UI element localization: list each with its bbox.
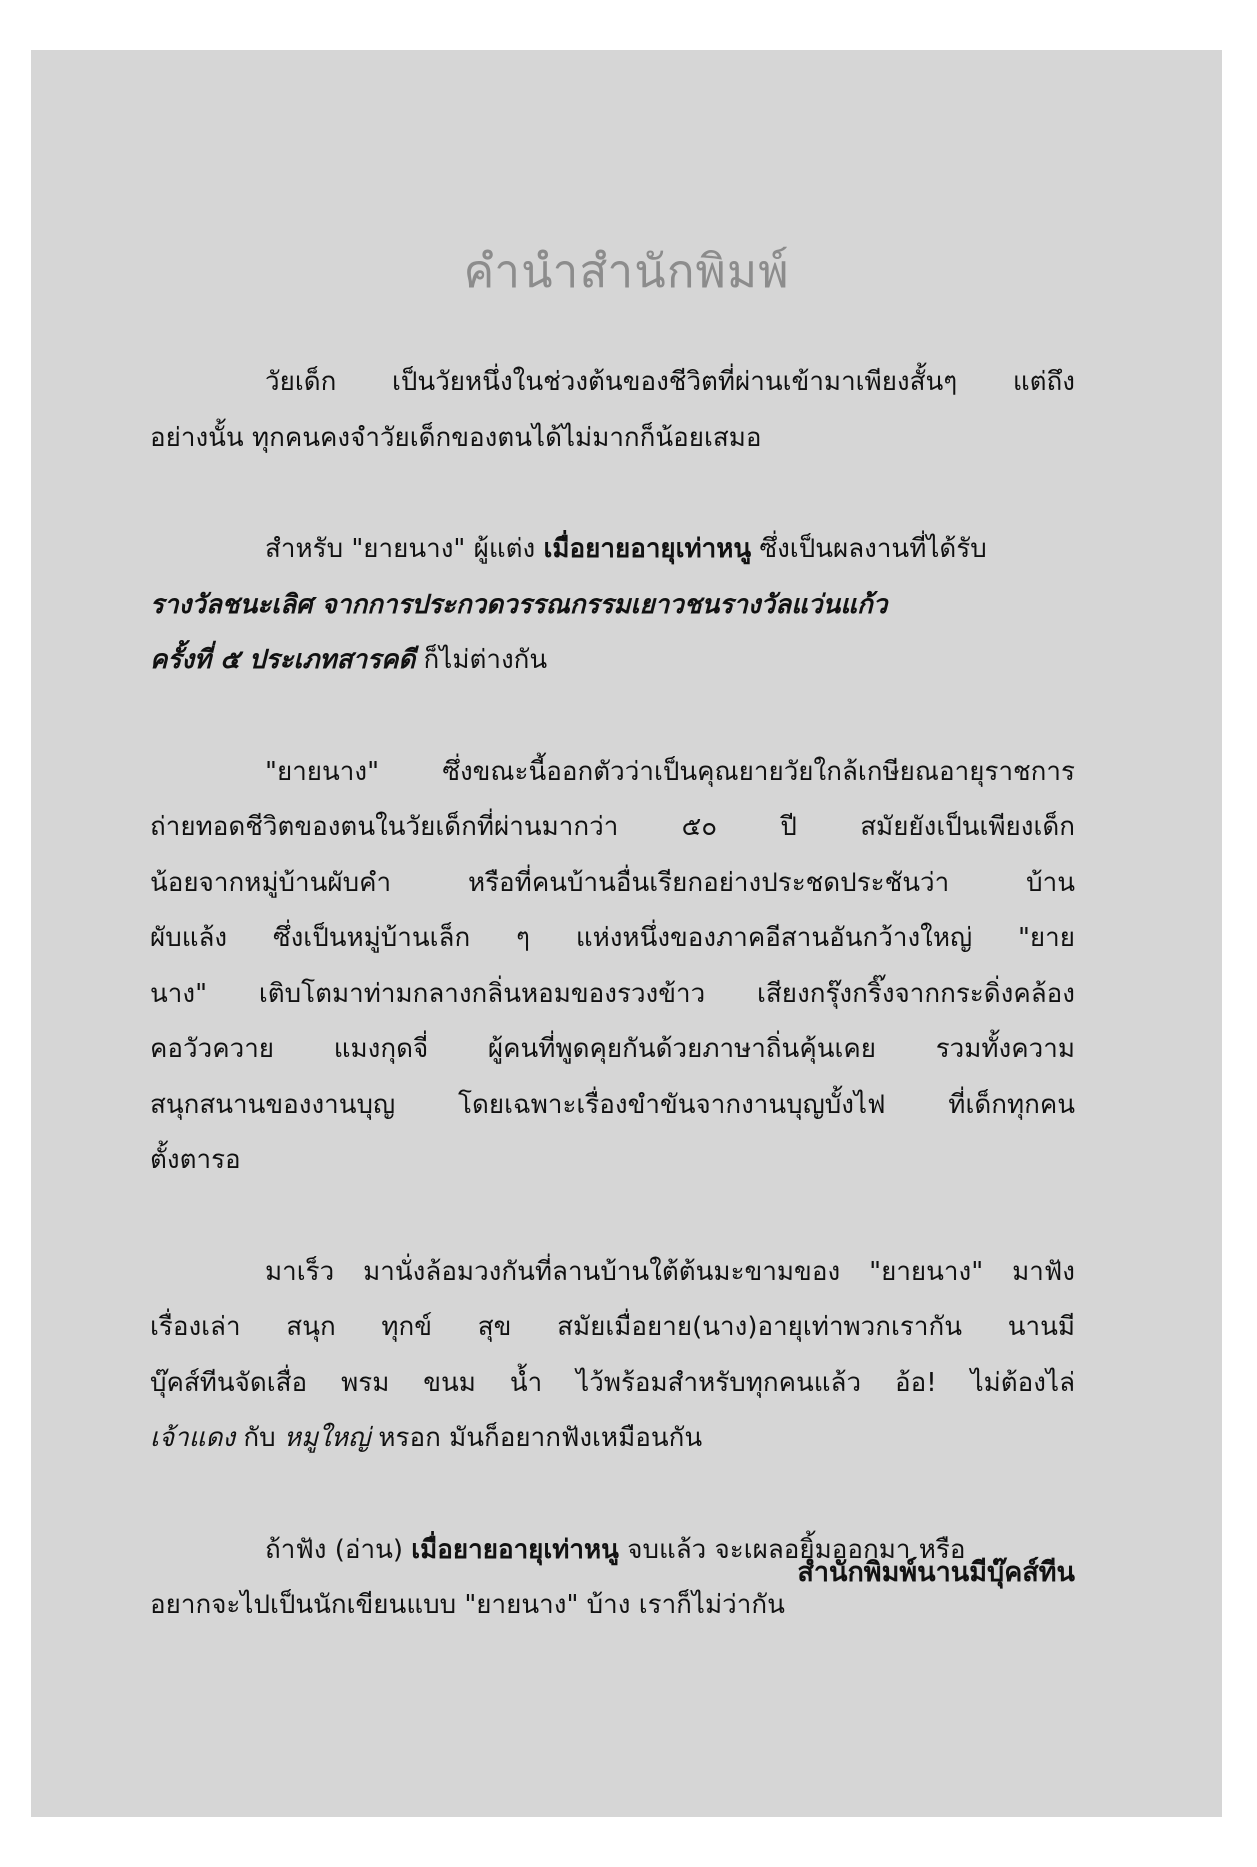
- text-line: "ยายนาง" ซึ่งขณะนี้ออกตัวว่าเป็นคุณยายวั…: [150, 745, 1075, 801]
- text-line: วัยเด็ก เป็นวัยหนึ่งในช่วงต้นของชีวิตที่…: [150, 355, 1075, 411]
- paragraph-1: วัยเด็ก เป็นวัยหนึ่งในช่วงต้นของชีวิตที่…: [150, 355, 1075, 466]
- text-line: เรื่องเล่า สนุก ทุกข์ สุข สมัยเมื่อยาย(น…: [150, 1300, 1075, 1356]
- text-line: สำหรับ "ยายนาง" ผู้แต่ง เมื่อยายอายุเท่า…: [150, 522, 1075, 578]
- text-line: สนุกสนานของงานบุญ โดยเฉพาะเรื่องขำขันจาก…: [150, 1078, 1075, 1134]
- text-line: ผับแล้ง ซึ่งเป็นหมู่บ้านเล็ก ๆ แห่งหนึ่ง…: [150, 911, 1075, 967]
- award-text: รางวัลชนะเลิศ จากการประกวดวรรณกรรมเยาวชน…: [150, 578, 1075, 634]
- book-title: เมื่อยายอายุเท่าหนู: [411, 1535, 619, 1565]
- text-line: ถ่ายทอดชีวิตของตนในวัยเด็กที่ผ่านมากว่า …: [150, 800, 1075, 856]
- text-line: มาเร็ว มานั่งล้อมวงกันที่ลานบ้านใต้ต้นมะ…: [150, 1245, 1075, 1301]
- text-line: ครั้งที่ ๕ ประเภทสารคดี ก็ไม่ต่างกัน: [150, 633, 1075, 689]
- text-line: น้อยจากหมู่บ้านผับคำ หรือที่คนบ้านอื่นเร…: [150, 856, 1075, 912]
- publisher-signature: สำนักพิมพ์นานมีบุ๊คส์ทีน: [797, 1550, 1075, 1593]
- paragraph-3: "ยายนาง" ซึ่งขณะนี้ออกตัวว่าเป็นคุณยายวั…: [150, 745, 1075, 1189]
- page-title: คำนำสำนักพิมพ์: [31, 235, 1222, 308]
- award-category: ครั้งที่ ๕ ประเภทสารคดี: [150, 645, 415, 675]
- text-line: ตั้งตารอ: [150, 1133, 1075, 1189]
- document-body: วัยเด็ก เป็นวัยหนึ่งในช่วงต้นของชีวิตที่…: [150, 355, 1075, 1690]
- text-line: บุ๊คส์ทีนจัดเสื่อ พรม ขนม น้ำ ไว้พร้อมสำ…: [150, 1356, 1075, 1412]
- book-title: เมื่อยายอายุเท่าหนู: [544, 534, 752, 564]
- text-line: คอวัวควาย แมงกุดจี่ ผู้คนที่พูดคุยกันด้ว…: [150, 1022, 1075, 1078]
- text-line: เจ้าแดง กับ หมูใหญ่ หรอก มันก็อยากฟังเหม…: [150, 1411, 1075, 1467]
- text-line: นาง" เติบโตมาท่ามกลางกลิ่นหอมของรวงข้าว …: [150, 967, 1075, 1023]
- paragraph-4: มาเร็ว มานั่งล้อมวงกันที่ลานบ้านใต้ต้นมะ…: [150, 1245, 1075, 1467]
- document-page: คำนำสำนักพิมพ์ วัยเด็ก เป็นวัยหนึ่งในช่ว…: [31, 50, 1222, 1817]
- paragraph-2: สำหรับ "ยายนาง" ผู้แต่ง เมื่อยายอายุเท่า…: [150, 522, 1075, 689]
- text-line: อย่างนั้น ทุกคนคงจำวัยเด็กของตนได้ไม่มาก…: [150, 411, 1075, 467]
